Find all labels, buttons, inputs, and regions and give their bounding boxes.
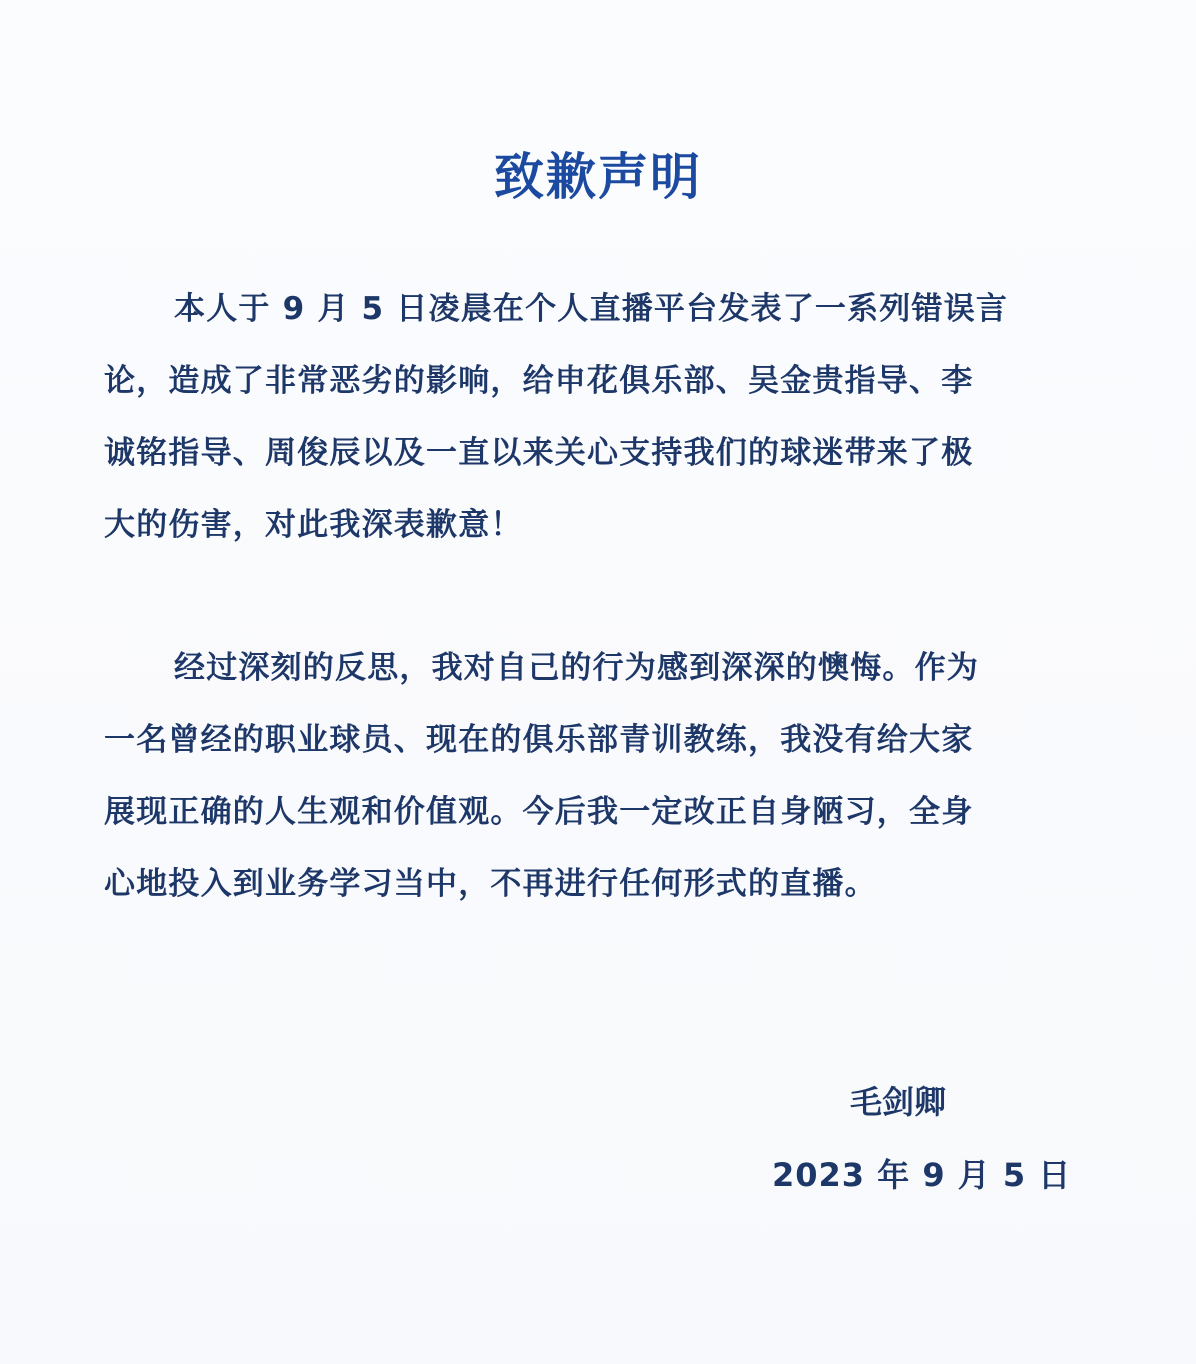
apology-statement-page: 致歉声明 本人于 9 月 5 日凌晨在个人直播平台发表了一系列错误言 论，造成了… bbox=[0, 0, 1196, 1364]
paragraph-line: 心地投入到业务学习当中，不再进行任何形式的直播。 bbox=[104, 862, 1084, 906]
paragraph-line: 经过深刻的反思，我对自己的行为感到深深的懊悔。作为 bbox=[174, 646, 1154, 690]
paragraph-line: 大的伤害，对此我深表歉意！ bbox=[104, 503, 1084, 547]
signature-name: 毛剑卿 bbox=[850, 1080, 946, 1124]
paragraph-line: 本人于 9 月 5 日凌晨在个人直播平台发表了一系列错误言 bbox=[174, 287, 1154, 331]
paragraph-line: 展现正确的人生观和价值观。今后我一定改正自身陋习，全身 bbox=[104, 790, 1084, 834]
signature-date: 2023 年 9 月 5 日 bbox=[772, 1153, 1071, 1197]
paragraph-line: 诚铭指导、周俊辰以及一直以来关心支持我们的球迷带来了极 bbox=[104, 431, 1084, 475]
paragraph-line: 论，造成了非常恶劣的影响，给申花俱乐部、吴金贵指导、李 bbox=[104, 359, 1084, 403]
paragraph-line: 一名曾经的职业球员、现在的俱乐部青训教练，我没有给大家 bbox=[104, 718, 1084, 762]
document-title: 致歉声明 bbox=[0, 142, 1196, 212]
